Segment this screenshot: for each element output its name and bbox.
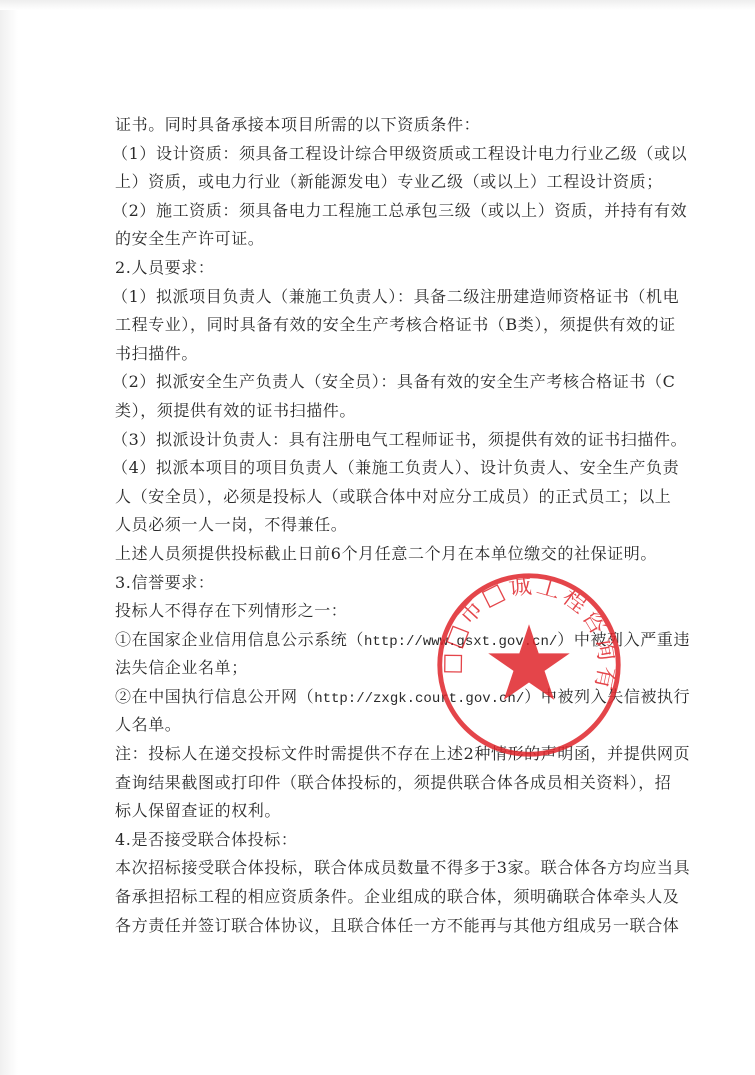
text-line: 上）资质，或电力行业（新能源发电）专业乙级（或以上）工程设计资质； [115, 168, 635, 197]
credit-item-1: ①在国家企业信用信息公示系统（http://www.gsxt.gov.cn/）中… [115, 626, 635, 655]
note-line: 注：投标人在递交投标文件时需提供不存在上述2种情形的声明函，并提供网页 [115, 740, 635, 769]
credit-item-2: ②在中国执行信息公开网（http://zxgk.court.gov.cn/）中被… [115, 683, 635, 712]
text-line: 的安全生产许可证。 [115, 225, 635, 254]
text-line: 本次招标接受联合体投标，联合体成员数量不得多于3家。联合体各方均应当具 [115, 854, 635, 883]
text-line: 投标人不得存在下列情形之一： [115, 597, 635, 626]
text-line: 类），须提供有效的证书扫描件。 [115, 397, 635, 426]
text-line: 标人保留查证的权利。 [115, 797, 635, 826]
text-line: 查询结果截图或打印件（联合体投标的，须提供联合体各成员相关资料），招 [115, 769, 635, 798]
text-line: 人名单。 [115, 711, 635, 740]
text-line: （2）拟派安全生产负责人（安全员）：具备有效的安全生产考核合格证书（C [112, 368, 635, 397]
section-heading-credit: 3.信誉要求： [115, 569, 635, 598]
text-line: 人员必须一人一岗，不得兼任。 [115, 511, 635, 540]
scan-top-shadow [0, 0, 755, 10]
credit-item-2-prefix: ②在中国执行信息公开网（ [115, 687, 314, 706]
credit-item-1-suffix: ）中被列入严重违 [557, 630, 690, 649]
text-line: （2）施工资质：须具备电力工程施工总承包三级（或以上）资质，并持有有效 [112, 197, 635, 226]
text-line: 上述人员须提供投标截止日前6个月任意二个月在本单位缴交的社保证明。 [115, 540, 635, 569]
credit-item-2-suffix: ）中被列入失信被执行 [524, 687, 690, 706]
text-line: 工程专业），同时具备有效的安全生产考核合格证书（B类），须提供有效的证 [115, 311, 635, 340]
text-line: 书扫描件。 [115, 340, 635, 369]
gsxt-url: http://www.gsxt.gov.cn/ [364, 634, 557, 650]
text-line: （3）拟派设计负责人：具有注册电气工程师证书，须提供有效的证书扫描件。 [112, 426, 635, 455]
text-line: 备承担招标工程的相应资质条件。企业组成的联合体，须明确联合体牵头人及 [115, 883, 635, 912]
text-line: （1）设计资质：须具备工程设计综合甲级资质或工程设计电力行业乙级（或以 [112, 140, 635, 169]
text-line: 人（安全员），必须是投标人（或联合体中对应分工成员）的正式员工；以上 [115, 483, 635, 512]
scanned-page: 证书。同时具备承接本项目所需的以下资质条件： （1）设计资质：须具备工程设计综合… [0, 0, 755, 1075]
scan-edge-shadow [0, 0, 18, 1075]
zxgk-url: http://zxgk.court.gov.cn/ [314, 691, 524, 707]
section-heading-personnel: 2.人员要求： [115, 254, 635, 283]
text-line: 证书。同时具备承接本项目所需的以下资质条件： [115, 111, 635, 140]
text-line: 法失信企业名单； [115, 654, 635, 683]
document-body: 证书。同时具备承接本项目所需的以下资质条件： （1）设计资质：须具备工程设计综合… [115, 111, 635, 940]
text-line: 各方责任并签订联合体协议，且联合体任一方不能再与其他方组成另一联合体 [115, 912, 635, 941]
text-line: （1）拟派项目负责人（兼施工负责人）：具备二级注册建造师资格证书（机电 [112, 283, 635, 312]
section-heading-consortium: 4.是否接受联合体投标： [115, 826, 635, 855]
text-line: （4）拟派本项目的项目负责人（兼施工负责人）、设计负责人、安全生产负责 [112, 454, 635, 483]
credit-item-1-prefix: ①在国家企业信用信息公示系统（ [115, 630, 364, 649]
